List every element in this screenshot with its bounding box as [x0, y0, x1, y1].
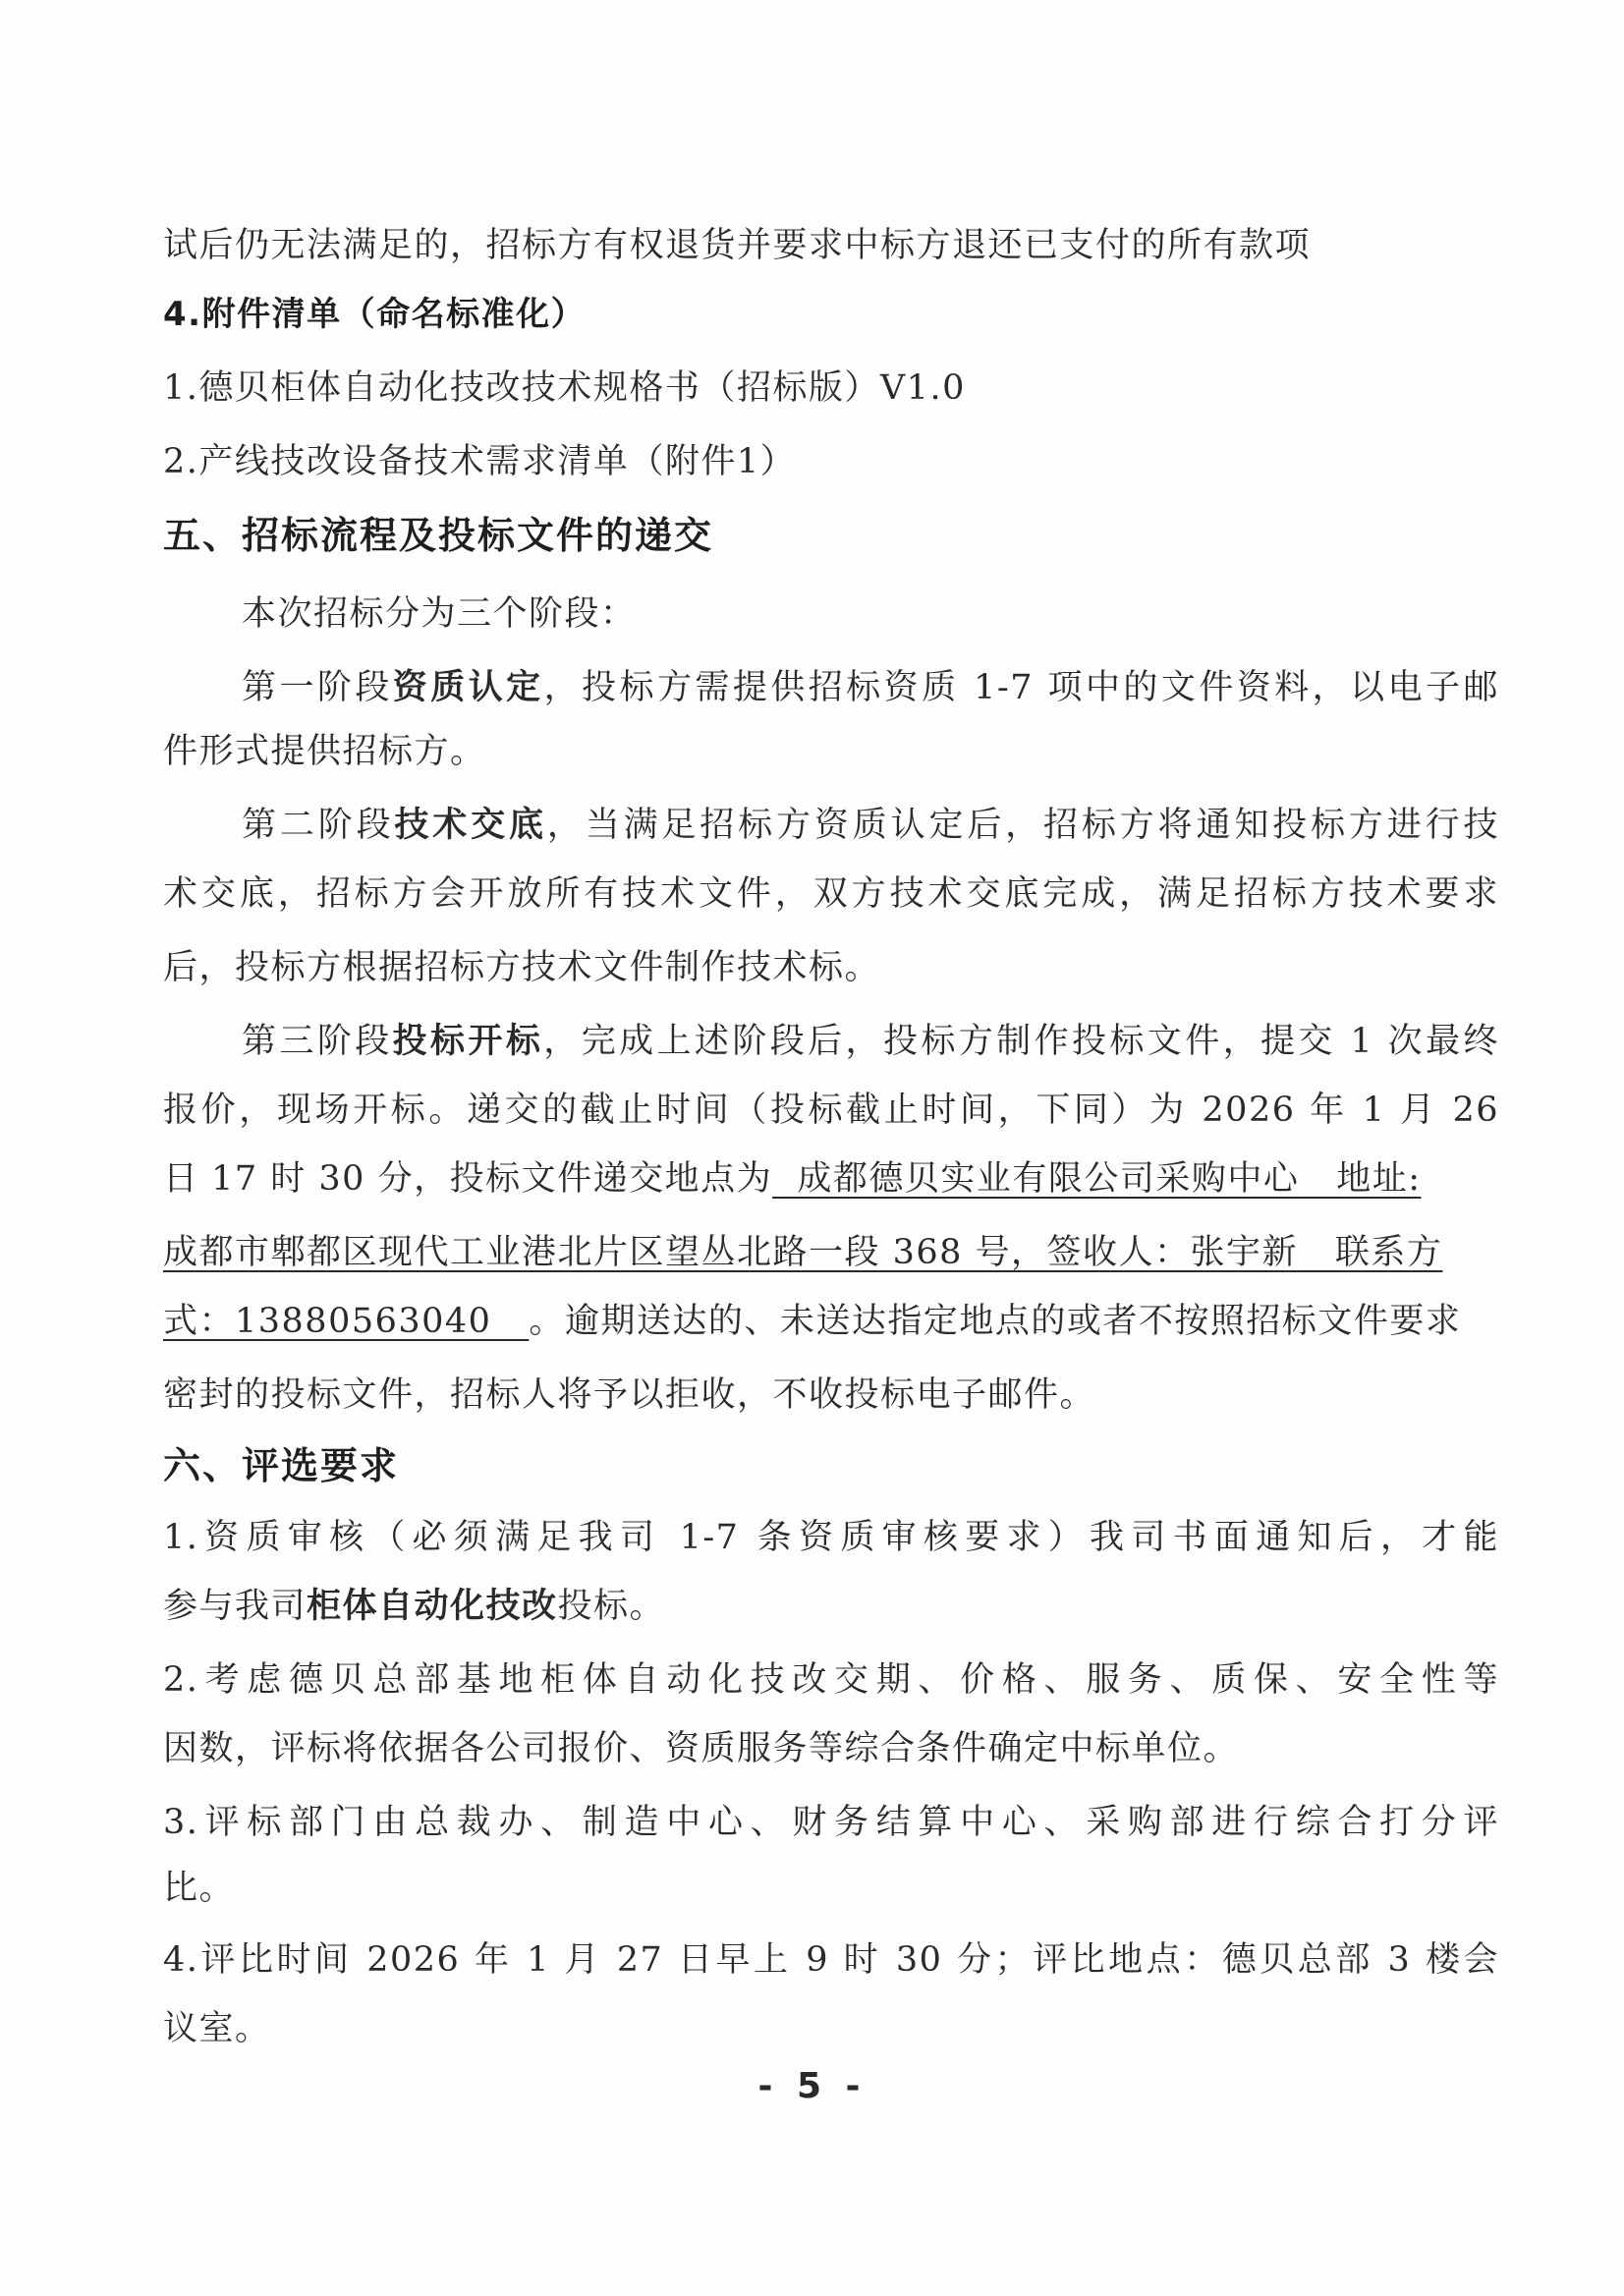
attachment-item-2: 2.产线技改设备技术需求清单（附件1）	[163, 440, 1499, 483]
stage-2-line-1: 第二阶段技术交底，当满足招标方资质认定后，招标方将通知投标方进行技	[242, 804, 1499, 847]
eval-item-3-line-1: 3.评标部门由总裁办、制造中心、财务结算中心、采购部进行综合打分评	[163, 1801, 1499, 1844]
stage-2-line-2: 术交底，招标方会开放所有技术文件，双方技术交底完成，满足招标方技术要求	[163, 872, 1499, 916]
eval-item-4-line-1: 4.评比时间 2026 年 1 月 27 日早上 9 时 30 分；评比地点：德…	[163, 1938, 1499, 1982]
document-page: 试后仍无法满足的，招标方有权退货并要求中标方退还已支付的所有款项 4.附件清单（…	[0, 0, 1624, 2296]
stage-2-line-3: 后，投标方根据招标方技术文件制作技术标。	[163, 946, 1499, 989]
attachment-item-1: 1.德贝柜体自动化技改技术规格书（招标版）V1.0	[163, 366, 1499, 410]
section-6-title: 六、评选要求	[163, 1442, 399, 1489]
delivery-location: 成都德贝实业有限公司采购中心 地址:	[772, 1159, 1421, 1199]
stage-3-line-3-text: 日 17 时 30 分，投标文件递交地点为	[163, 1159, 772, 1199]
stage-3-line-5-rest: 。逾期送达的、未送达指定地点的或者不按照招标文件要求	[529, 1302, 1461, 1341]
attachments-heading: 4.附件清单（命名标准化）	[163, 293, 586, 336]
stage-2-bold: 技术交底	[394, 806, 546, 845]
eval-item-4-line-2: 议室。	[163, 2007, 1499, 2050]
stage-3-line-1: 第三阶段投标开标，完成上述阶段后，投标方制作投标文件，提交 1 次最终	[242, 1020, 1499, 1063]
stage-2-rest: ，当满足招标方资质认定后，招标方将通知投标方进行技	[547, 806, 1499, 845]
stage-1-line-1: 第一阶段资质认定，投标方需提供招标资质 1-7 项中的文件资料，以电子邮	[242, 666, 1499, 709]
eval-item-2-line-1: 2.考虑德贝总部基地柜体自动化技改交期、价格、服务、质保、安全性等	[163, 1658, 1499, 1702]
stage-3-line-3: 日 17 时 30 分，投标文件递交地点为 成都德贝实业有限公司采购中心 地址:	[163, 1157, 1499, 1201]
stage-3-prefix: 第三阶段	[242, 1022, 393, 1061]
delivery-address: 成都市郫都区现代工业港北片区望丛北路一段 368 号，签收人：张宇新 联系方	[163, 1233, 1442, 1272]
stage-1-line-2: 件形式提供招标方。	[163, 730, 1499, 773]
stage-3-line-2: 报价，现场开标。递交的截止时间（投标截止时间，下同）为 2026 年 1 月 2…	[163, 1089, 1499, 1132]
page-number: - 5 -	[0, 2065, 1624, 2108]
eval-item-3-line-2: 比。	[163, 1867, 1499, 1910]
stage-1-rest: ，投标方需提供招标资质 1-7 项中的文件资料，以电子邮	[544, 668, 1499, 707]
stage-3-line-6: 密封的投标文件，招标人将予以拒收，不收投标电子邮件。	[163, 1373, 1499, 1417]
eval-item-1-line-2: 参与我司柜体自动化技改投标。	[163, 1585, 1499, 1628]
eval-item-1-line-1: 1.资质审核（必须满足我司 1-7 条资质审核要求）我司书面通知后，才能	[163, 1516, 1499, 1559]
stage-3-bold: 投标开标	[393, 1022, 544, 1061]
section-5-title: 五、招标流程及投标文件的递交	[163, 512, 713, 559]
eval-item-1-suffix: 投标。	[558, 1587, 666, 1626]
eval-item-1-prefix: 参与我司	[163, 1587, 307, 1626]
stage-3-line-5: 式：13880563040 。逾期送达的、未送达指定地点的或者不按照招标文件要求	[163, 1300, 1499, 1343]
contact-phone: 式：13880563040	[163, 1302, 529, 1341]
eval-item-1-bold: 柜体自动化技改	[307, 1587, 558, 1626]
eval-item-2-line-2: 因数，评标将依据各公司报价、资质服务等综合条件确定中标单位。	[163, 1727, 1499, 1770]
section-5-intro: 本次招标分为三个阶段：	[242, 592, 1499, 636]
continuation-line: 试后仍无法满足的，招标方有权退货并要求中标方退还已支付的所有款项	[163, 224, 1499, 267]
stage-1-prefix: 第一阶段	[242, 668, 393, 707]
stage-2-prefix: 第二阶段	[242, 806, 394, 845]
stage-1-bold: 资质认定	[393, 668, 544, 707]
stage-3-rest: ，完成上述阶段后，投标方制作投标文件，提交 1 次最终	[543, 1022, 1499, 1061]
stage-3-line-4: 成都市郫都区现代工业港北片区望丛北路一段 368 号，签收人：张宇新 联系方	[163, 1231, 1499, 1274]
